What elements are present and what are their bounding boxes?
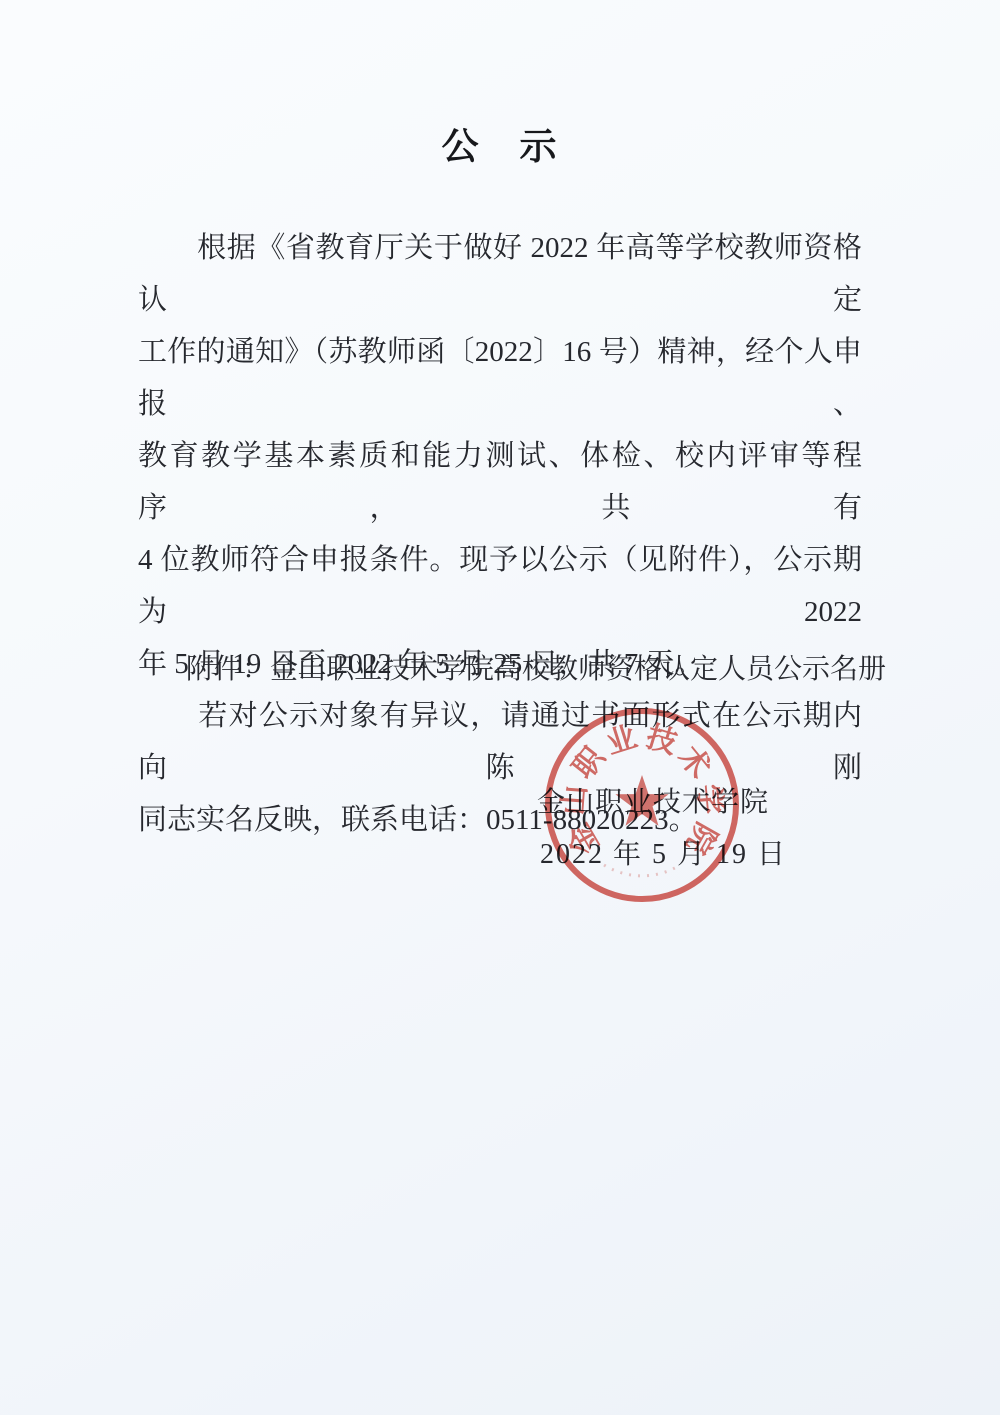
body-line: 工作的通知》（苏教师函〔2022〕16 号）精神，经个人申报、	[138, 326, 862, 430]
public-notice-document: 公 示 根据《省教育厅关于做好 2022 年高等学校教师资格认定 工作的通知》（…	[0, 0, 1000, 1415]
body-line: 4 位教师符合申报条件。现予以公示（见附件），公示期为 2022	[138, 534, 862, 638]
body-line: 根据《省教育厅关于做好 2022 年高等学校教师资格认定	[138, 222, 862, 326]
signature-organization: 金山职业技术学院	[537, 780, 769, 820]
notice-body: 根据《省教育厅关于做好 2022 年高等学校教师资格认定 工作的通知》（苏教师函…	[138, 222, 862, 846]
paragraph-basis: 根据《省教育厅关于做好 2022 年高等学校教师资格认定 工作的通知》（苏教师函…	[138, 222, 862, 690]
paragraph-objection: 若对公示对象有异议，请通过书面形式在公示期内向陈刚 同志实名反映，联系电话：05…	[138, 690, 862, 846]
body-line: 教育教学基本素质和能力测试、体检、校内评审等程序，共有	[138, 430, 862, 534]
page-title: 公 示	[0, 116, 1000, 170]
attachment-line: 附件：金山职业技术学院高校教师资格认定人员公示名册	[186, 647, 886, 687]
signature-date: 2022 年 5 月 19 日	[540, 832, 787, 872]
body-line: 若对公示对象有异议，请通过书面形式在公示期内向陈刚	[138, 690, 862, 794]
